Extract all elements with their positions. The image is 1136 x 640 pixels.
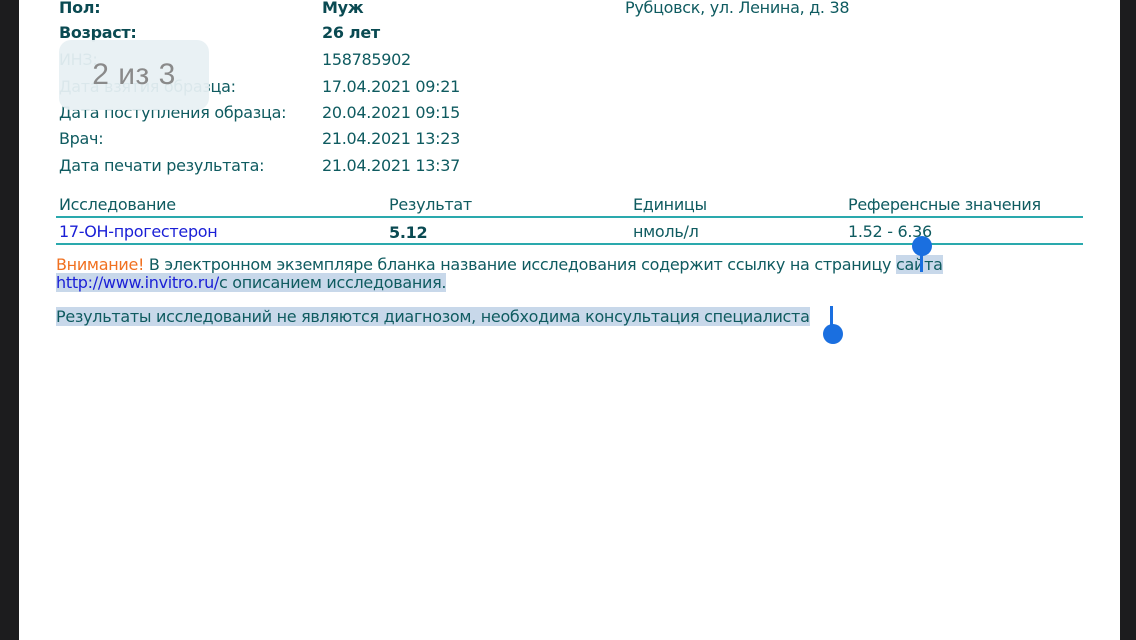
document-viewer: Пол: Муж Возраст: 26 лет ИНЗ: 158785902 … <box>0 0 1136 640</box>
selection-end-handle[interactable] <box>823 324 843 344</box>
invitro-link[interactable]: http://www.invitro.ru/ <box>56 273 219 292</box>
selection-start-handle[interactable] <box>912 236 932 256</box>
test-units: нмоль/л <box>633 222 699 242</box>
test-name-link[interactable]: 17-ОН-прогестерон <box>59 222 217 242</box>
warning-label: Внимание! <box>56 255 144 274</box>
field-value-print-date: 21.04.2021 13:37 <box>322 156 460 176</box>
header-units: Единицы <box>633 195 707 215</box>
document-page[interactable]: Пол: Муж Возраст: 26 лет ИНЗ: 158785902 … <box>19 0 1120 640</box>
field-value-collection-date: 17.04.2021 09:21 <box>322 77 460 97</box>
field-label-doctor: Врач: <box>59 129 103 149</box>
field-label-print-date: Дата печати результата: <box>59 156 264 176</box>
disclaimer: Результаты исследований не являются диаг… <box>56 308 810 326</box>
field-value-doctor: 21.04.2021 13:23 <box>322 129 460 149</box>
notice-text: В электронном экземпляре бланка название… <box>144 255 896 274</box>
page-indicator: 2 из 3 <box>59 40 209 110</box>
disclaimer-text: Результаты исследований не являются диаг… <box>56 307 810 326</box>
field-value-age: 26 лет <box>322 23 380 43</box>
address: Рубцовск, ул. Ленина, д. 38 <box>625 0 849 18</box>
header-test: Исследование <box>59 195 176 215</box>
notice-line-1: Внимание! В электронном экземпляре бланк… <box>56 256 943 274</box>
field-value-sex: Муж <box>322 0 363 18</box>
notice-line-2: http://www.invitro.ru/с описанием исслед… <box>56 274 446 292</box>
table-header-divider <box>56 216 1083 218</box>
field-value-received-date: 20.04.2021 09:15 <box>322 103 460 123</box>
header-reference: Референсные значения <box>848 195 1041 215</box>
test-result: 5.12 <box>389 223 427 243</box>
field-value-inz: 158785902 <box>322 50 411 70</box>
header-result: Результат <box>389 195 472 215</box>
notice-text-end: с описанием исследования. <box>219 273 446 292</box>
field-label-sex: Пол: <box>59 0 100 18</box>
